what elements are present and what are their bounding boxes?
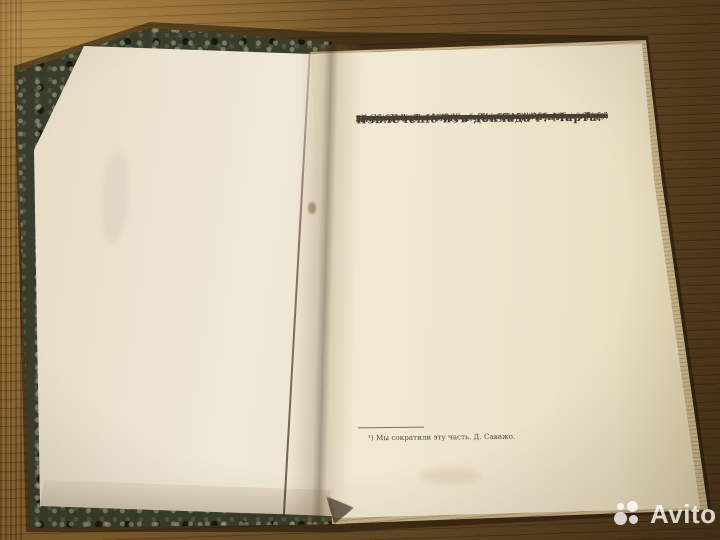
foxing-stain <box>420 468 480 484</box>
avito-watermark: Avito <box>606 498 718 532</box>
gutter-stain <box>308 202 316 214</box>
avito-watermark-label: Avito <box>650 499 717 530</box>
avito-logo-dots-icon <box>614 501 648 529</box>
book-photo: Извлеченіе изъ доклада г. Марта. . . . .… <box>0 0 720 540</box>
